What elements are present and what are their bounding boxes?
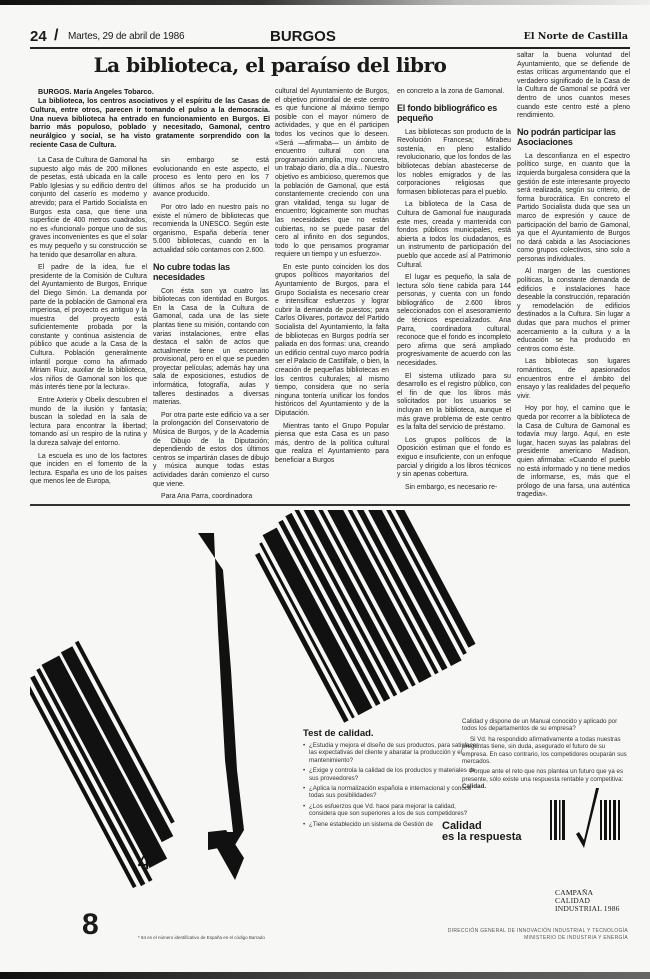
paragraph: En este punto coinciden los dos grupos p… bbox=[275, 264, 389, 419]
paragraph: Las bibliotecas son producto de la Revol… bbox=[397, 129, 511, 198]
quality-question: ¿Los esfuerzos que Vd. hace para mejorar… bbox=[303, 803, 483, 818]
campaign-name: CAMPAÑA CALIDAD INDUSTRIAL 1986 bbox=[555, 889, 620, 913]
paragraph: saltar la buena voluntad del Ayuntamient… bbox=[517, 52, 630, 121]
paragraph: Al margen de las cuestiones políticas, l… bbox=[517, 268, 630, 354]
ministry-line: MINISTERIO DE INDUSTRIA Y ENERGÍA bbox=[448, 935, 628, 942]
quality-test: Test de calidad. ¿Estudia y mejora el di… bbox=[303, 728, 483, 831]
section-name: BURGOS bbox=[270, 28, 336, 45]
paragraph: El padre de la idea, fue el presidente d… bbox=[30, 264, 147, 393]
issue-date: Martes, 29 de abril de 1986 bbox=[68, 31, 184, 42]
paragraph: La Casa de Cultura de Gamonal ha supuest… bbox=[30, 157, 147, 260]
quality-question: ¿Estudia y mejora el diseño de sus produ… bbox=[303, 742, 483, 764]
campaign-line: INDUSTRIAL 1986 bbox=[555, 905, 620, 913]
small-barcode-icon bbox=[550, 788, 620, 848]
article-bottom-rule bbox=[30, 504, 630, 506]
barcode-upper-icon bbox=[245, 510, 480, 723]
paragraph: Por otro lado en nuestro país no existe … bbox=[153, 204, 269, 256]
paragraph: sin embargo se está evolucionando en est… bbox=[153, 157, 269, 200]
ad-paragraph-text: Porque ante el reto que nos plantea un f… bbox=[462, 768, 623, 782]
barcode-digit-4: 4 bbox=[136, 848, 152, 876]
article-column-1: La Casa de Cultura de Gamonal ha supuest… bbox=[30, 157, 147, 491]
article-column-5: saltar la buena voluntad del Ayuntamient… bbox=[517, 52, 630, 504]
paragraph: cultural del Ayuntamiento de Burgos, el … bbox=[275, 88, 389, 260]
barcode-lower-icon bbox=[30, 641, 194, 890]
newspaper-name: El Norte de Castilla bbox=[524, 31, 628, 42]
checkmark-icon bbox=[198, 533, 244, 850]
quality-test-questions: ¿Estudia y mejora el diseño de sus produ… bbox=[303, 742, 483, 828]
paragraph: La desconfianza en el espectro político … bbox=[517, 153, 630, 265]
paragraph: Mientras tanto el Grupo Popular piensa q… bbox=[275, 423, 389, 466]
paragraph: El lugar es pequeño, la sala de lectura … bbox=[397, 274, 511, 369]
masthead-rule bbox=[30, 47, 630, 49]
paragraph: La escuela es uno de los factores que in… bbox=[30, 453, 147, 487]
ministry-credit: DIRECCIÓN GENERAL DE INNOVACIÓN INDUSTRI… bbox=[448, 928, 628, 942]
paragraph: Hoy por hoy, el camino que le queda por … bbox=[517, 405, 630, 500]
subheading-necesidades: No cubre todas las necesidades bbox=[153, 262, 269, 282]
quality-campaign-advertisement: 4 8 Test de calidad. ¿Estudia y mejora e… bbox=[30, 510, 640, 965]
paragraph: Con ésta son ya cuatro las bibliotecas c… bbox=[153, 288, 269, 408]
article-column-3: cultural del Ayuntamiento de Burgos, el … bbox=[275, 88, 389, 470]
paragraph: Por otra parte este edificio va a ser la… bbox=[153, 412, 269, 489]
ad-emphasis: Calidad. bbox=[462, 783, 486, 790]
slogan-line: es la respuesta bbox=[442, 832, 522, 843]
article-headline: La biblioteca, el paraíso del libro bbox=[30, 53, 510, 77]
article-column-4: en concreto a la zona de Gamonal. El fon… bbox=[397, 88, 511, 496]
article-column-2: sin embargo se está evolucionando en est… bbox=[153, 157, 269, 506]
paragraph: Para Ana Parra, coordinadora bbox=[153, 493, 269, 502]
masthead: 24 / Martes, 29 de abril de 1986 BURGOS … bbox=[30, 28, 630, 46]
paragraph: El sistema utilizado para su desarrollo … bbox=[397, 373, 511, 433]
byline: BURGOS. María Angeles Tobarco. bbox=[38, 87, 154, 96]
page-bottom-edge bbox=[0, 972, 650, 979]
ad-paragraph: Si Vd. ha respondido afirmativamente a t… bbox=[462, 736, 632, 766]
subheading-fondo: El fondo bibliográfico es pequeño bbox=[397, 103, 511, 123]
ad-paragraph: Porque ante el reto que nos plantea un f… bbox=[462, 768, 632, 790]
quality-test-title: Test de calidad. bbox=[303, 728, 483, 739]
paragraph: Los grupos políticos de la Oposición est… bbox=[397, 437, 511, 480]
quality-question: ¿Aplica la normalización española e inte… bbox=[303, 785, 483, 800]
quality-question: ¿Exige y controla la calidad de los prod… bbox=[303, 767, 483, 782]
ad-body-text: Calidad y dispone de un Manual conocido … bbox=[462, 718, 632, 794]
page-top-edge bbox=[0, 0, 650, 5]
paragraph: Las bibliotecas son lugares románticos, … bbox=[517, 358, 630, 401]
paragraph: en concreto a la zona de Gamonal. bbox=[397, 88, 511, 97]
ad-footnote: * 84 es el número identificativo de Espa… bbox=[138, 935, 265, 940]
ad-slogan: Calidad es la respuesta bbox=[442, 821, 522, 843]
paragraph: Sin embargo, es necesario re- bbox=[397, 484, 511, 493]
subheading-asociaciones: No podrán participar las Asociaciones bbox=[517, 127, 630, 147]
quality-question-continued: Calidad y dispone de un Manual conocido … bbox=[462, 718, 632, 733]
masthead-slash: / bbox=[54, 27, 58, 45]
paragraph: La biblioteca de la Casa de Cultura de G… bbox=[397, 201, 511, 270]
article-lead: La biblioteca, los centros asociativos y… bbox=[30, 97, 270, 150]
barcode-digit-8: 8 bbox=[82, 908, 99, 942]
page-number: 24 bbox=[30, 28, 47, 45]
paragraph: Entre Axterix y Obelix descubren el mund… bbox=[30, 397, 147, 449]
ministry-line: DIRECCIÓN GENERAL DE INNOVACIÓN INDUSTRI… bbox=[448, 928, 628, 935]
